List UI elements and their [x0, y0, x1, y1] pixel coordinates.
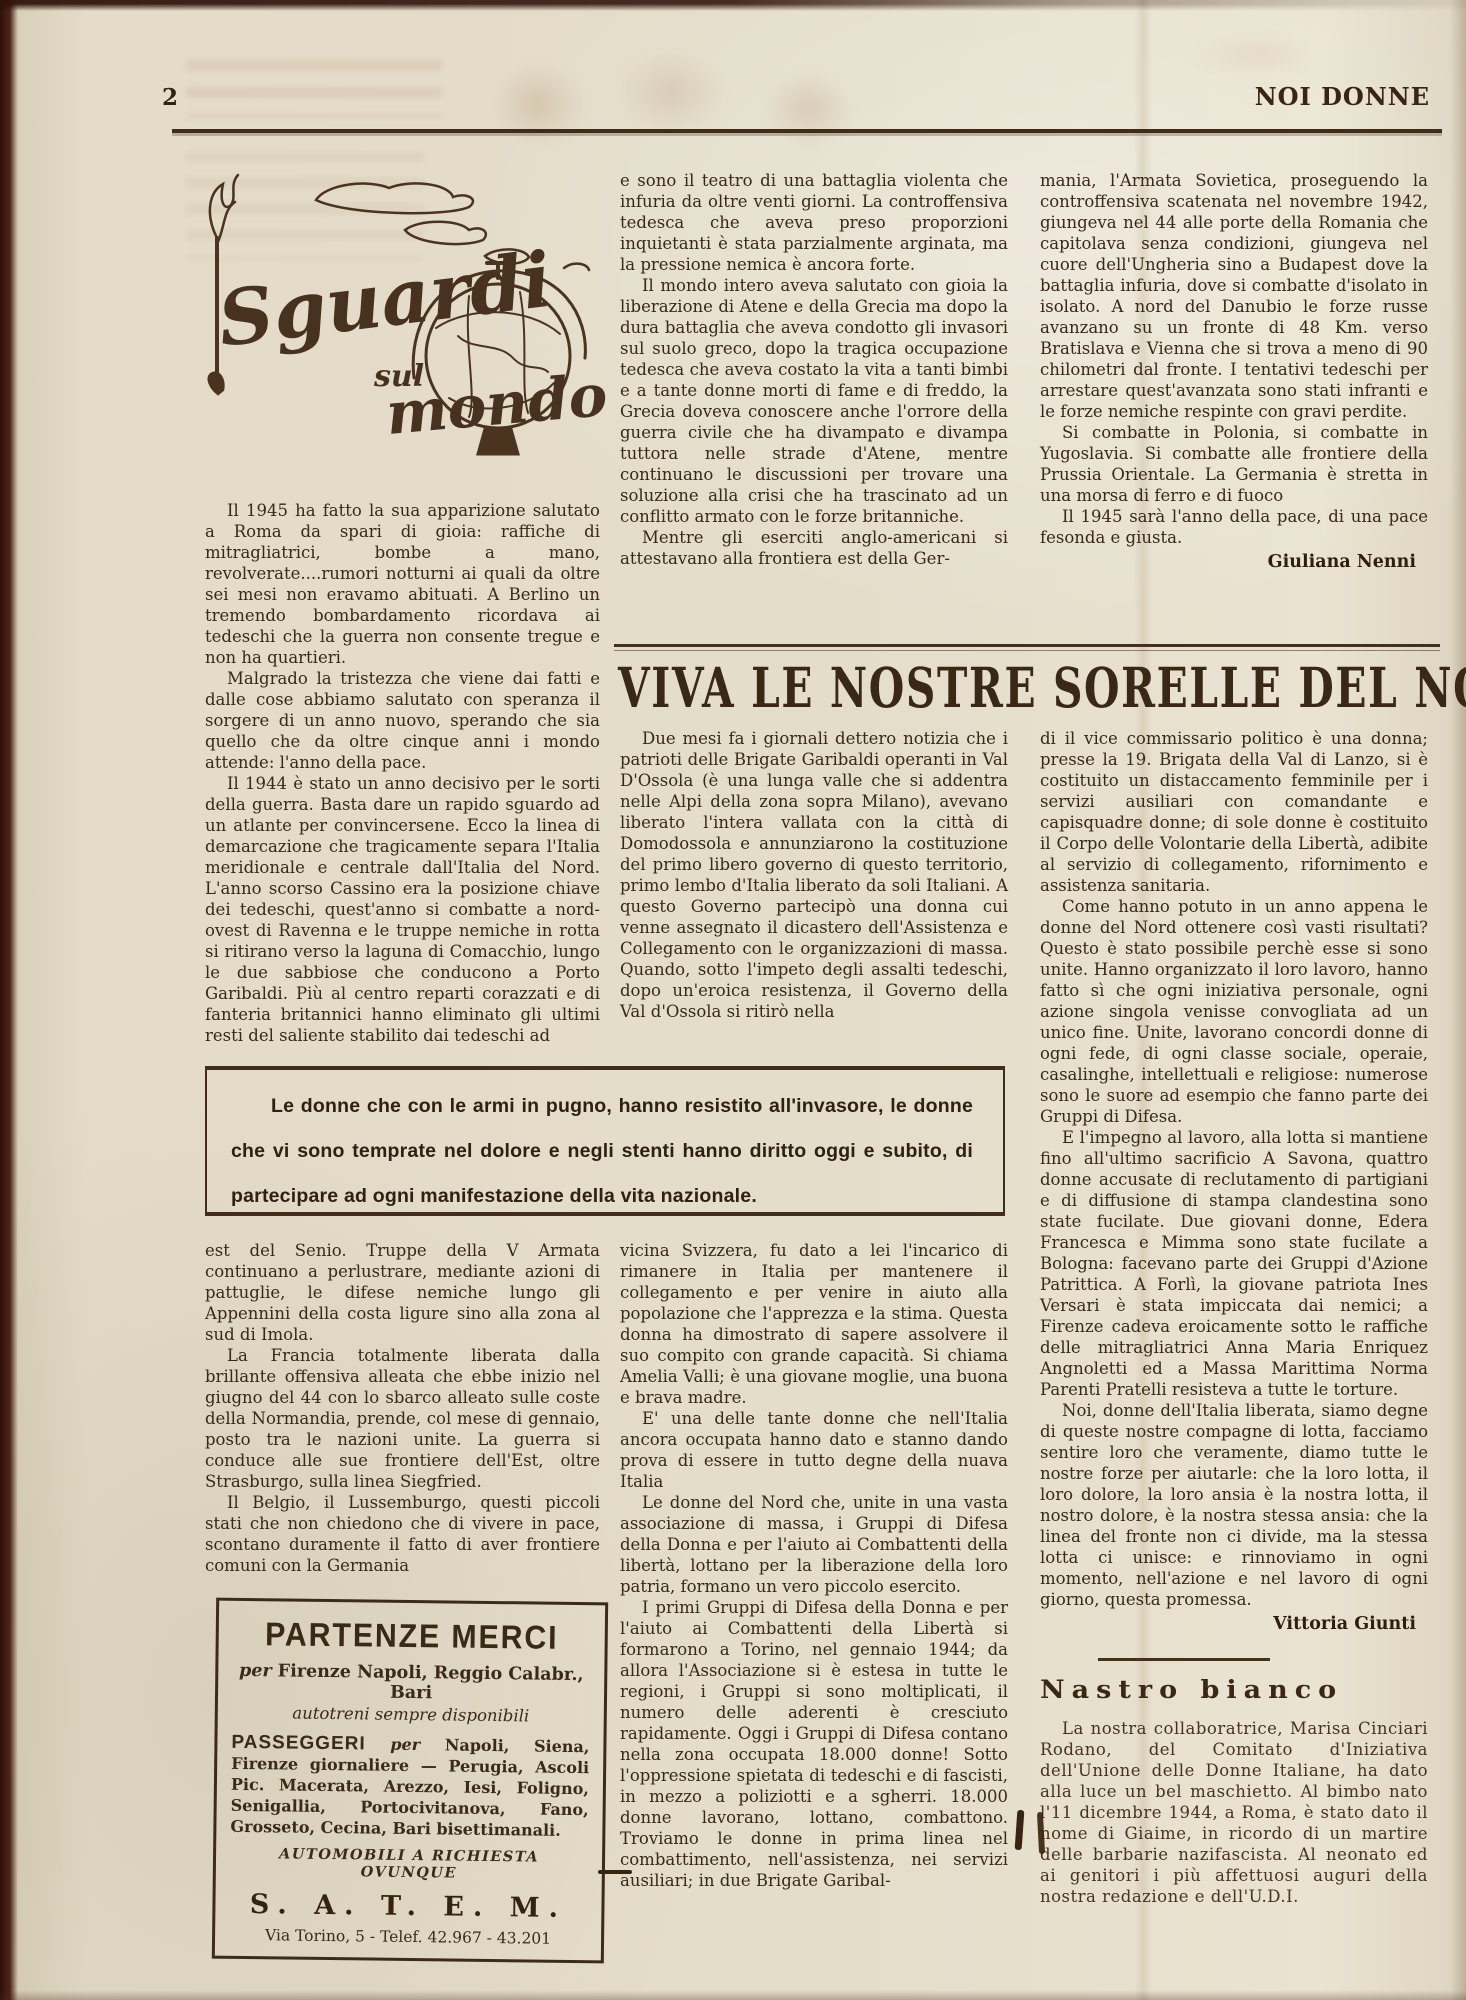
- article-paragraph: Il 1945 ha fatto la sua apparizione salu…: [205, 500, 600, 668]
- scan-edge-left: [0, 0, 18, 2000]
- logo-word-sguardi: Sguardi: [213, 235, 556, 364]
- article-paragraph: Noi, donne dell'Italia liberata, siamo d…: [1040, 1400, 1428, 1610]
- article-paragraph: di il vice commissario politico è una do…: [1040, 728, 1428, 896]
- feature-headline: VIVA LE NOSTRE SORELLE DEL NORD: [618, 656, 1466, 721]
- newspaper-page: 2 NOI DONNE Sguardi su: [0, 0, 1466, 2000]
- bleed-through-mark: [1155, 22, 1355, 88]
- ad-box-satem: PARTENZE MERCI per Firenze Napoli, Reggi…: [212, 1598, 608, 1964]
- article-paragraph: vicina Svizzera, fu dato a lei l'incaric…: [620, 1240, 1008, 1408]
- signature-vittoria-giunti: Vittoria Giunti: [1040, 1614, 1416, 1634]
- nastro-bianco-body: La nostra collaboratrice, Marisa Cinciar…: [1040, 1718, 1428, 1907]
- article-col2-top: e sono il teatro di una battaglia violen…: [620, 170, 1008, 569]
- ad-brand: S. A. T. E. M.: [229, 1889, 587, 1924]
- nastro-bianco-rule: [1098, 1658, 1270, 1661]
- article-paragraph: E' una delle tante donne che nell'Italia…: [620, 1408, 1008, 1492]
- article-paragraph: Malgrado la tristezza che viene dai fatt…: [205, 668, 600, 773]
- article-col2-mid: Due mesi fa i giornali dettero notizia c…: [620, 728, 1008, 1022]
- article-col2-bottom: vicina Svizzera, fu dato a lei l'incaric…: [620, 1240, 1008, 1891]
- headline-rule: [614, 644, 1440, 651]
- article-paragraph: Le donne del Nord che, unite in una vast…: [620, 1492, 1008, 1597]
- article-paragraph: E l'impegno al lavoro, alla lotta si man…: [1040, 1127, 1428, 1400]
- article-paragraph: Mentre gli eserciti anglo-americani si a…: [620, 527, 1008, 569]
- article-paragraph: Il 1944 è stato un anno decisivo per le …: [205, 773, 600, 1046]
- article-paragraph: Il 1945 sarà l'anno della pace, di una p…: [1040, 506, 1428, 548]
- bleed-through-mark: [186, 60, 442, 118]
- ad-destinations-prefix: per: [239, 1661, 272, 1681]
- ad-destinations-list: Firenze Napoli, Reggio Calabr., Bari: [278, 1661, 584, 1703]
- ink-mark: [598, 1870, 632, 1874]
- signature-giuliana-nenni: Giuliana Nenni: [1040, 552, 1416, 572]
- article-paragraph: Il Belgio, il Lussemburgo, questi piccol…: [205, 1492, 600, 1576]
- quote-text: Le donne che con le armi in pugno, hanno…: [231, 1084, 973, 1219]
- ad-passengers-prefix: per: [390, 1735, 420, 1754]
- ad-subtitle: autotreni sempre disponibili: [232, 1703, 590, 1726]
- ad-passengers-label: PASSEGGERI: [231, 1732, 365, 1755]
- article-paragraph: Due mesi fa i giornali dettero notizia c…: [620, 728, 1008, 1022]
- sguardi-sul-mondo-logo: Sguardi sul mondo: [168, 146, 600, 458]
- ad-destinations: per Firenze Napoli, Reggio Calabr., Bari: [232, 1661, 590, 1705]
- article-paragraph: mania, l'Armata Sovietica, proseguendo l…: [1040, 170, 1428, 422]
- article-col3-main: di il vice commissario politico è una do…: [1040, 728, 1428, 1907]
- article-col3-top: mania, l'Armata Sovietica, proseguendo l…: [1040, 170, 1428, 572]
- ink-mark: [1015, 1810, 1025, 1850]
- scan-edge-top: [0, 0, 1466, 11]
- page-number: 2: [162, 84, 178, 111]
- header-rule: [172, 129, 1442, 133]
- ad-passengers: PASSEGGERI per Napoli, Siena, Firenze gi…: [230, 1732, 589, 1841]
- article-paragraph: e sono il teatro di una battaglia violen…: [620, 170, 1008, 275]
- ad-cars-note: AUTOMOBILI A RICHIESTA OVUNQUE: [230, 1845, 588, 1883]
- article-paragraph: est del Senio. Truppe della V Armata con…: [205, 1240, 600, 1345]
- article-col1-top: Il 1945 ha fatto la sua apparizione salu…: [205, 500, 600, 1046]
- nastro-bianco-title: Nastro bianco: [1040, 1675, 1428, 1704]
- article-paragraph: Come hanno potuto in un anno appena le d…: [1040, 896, 1428, 1127]
- ad-title: PARTENZE MERCI: [247, 1615, 577, 1657]
- article-paragraph: La Francia totalmente liberata dalla bri…: [205, 1345, 600, 1492]
- ad-address: Via Torino, 5 - Telef. 42.967 - 43.201: [229, 1926, 587, 1948]
- quote-box: Le donne che con le armi in pugno, hanno…: [205, 1066, 1005, 1216]
- scan-edge-right: [1450, 0, 1466, 2000]
- article-paragraph: Il mondo intero aveva salutato con gioia…: [620, 275, 1008, 527]
- article-paragraph: Si combatte in Polonia, si combatte in Y…: [1040, 422, 1428, 506]
- article-col1-bottom: est del Senio. Truppe della V Armata con…: [205, 1240, 600, 1576]
- article-paragraph: I primi Gruppi di Difesa della Donna e p…: [620, 1597, 1008, 1891]
- masthead-title: NOI DONNE: [1255, 82, 1430, 111]
- scan-edge-bottom: [0, 1990, 1466, 2000]
